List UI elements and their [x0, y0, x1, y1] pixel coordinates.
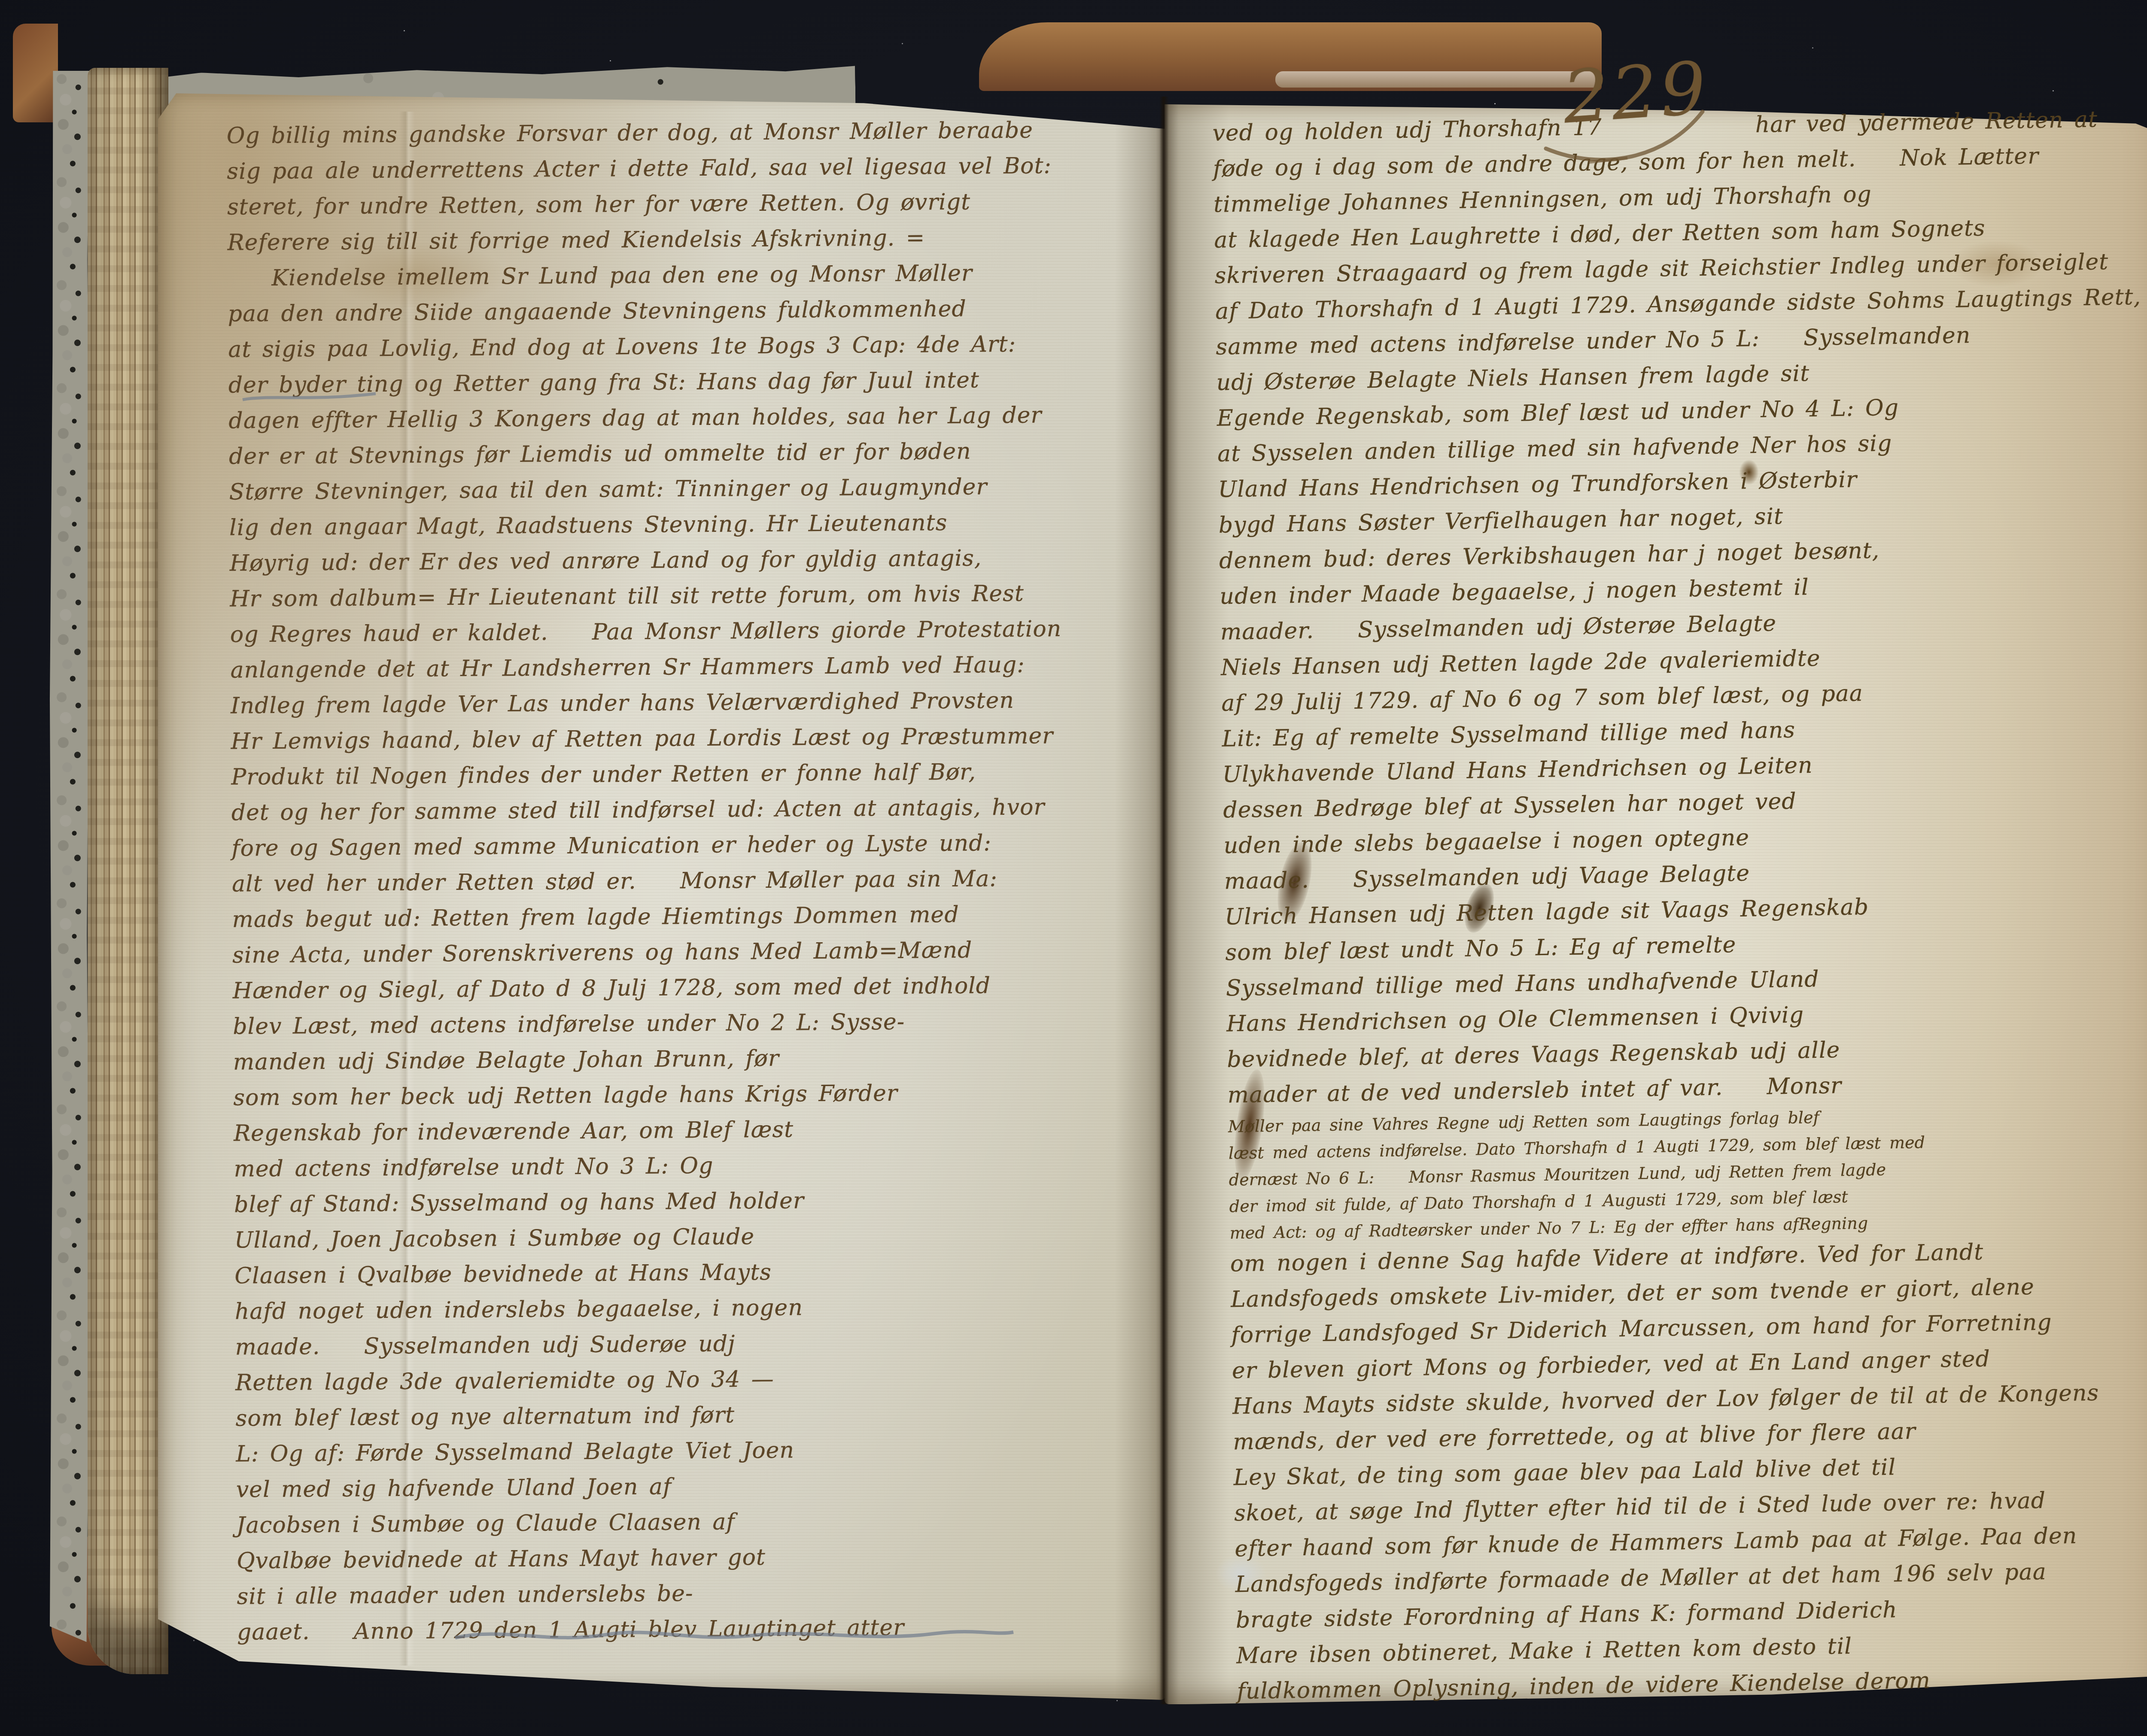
manuscript-line: Indleg frem lagde Ver Las under hans Vel… — [231, 682, 1163, 724]
manuscript-line: og Regres haud er kaldet. Paa Monsr Møll… — [230, 610, 1162, 653]
manuscript-line: Hænder og Siegl, af Dato d 8 Julj 1728, … — [232, 967, 1165, 1009]
manuscript-line: at sigis paa Lovlig, End dog at Lovens 1… — [228, 325, 1160, 367]
manuscript-line: blef af Stand: Sysselmand og hans Med ho… — [234, 1181, 1166, 1223]
manuscript-line: Claasen i Qvalbøe bevidnede at Hans Mayt… — [234, 1252, 1167, 1294]
right-page-text: ved og holden udj Thorshafn 17 har ved y… — [1212, 101, 2147, 1710]
manuscript-line: Qvalbøe bevidnede at Hans Mayt haver got — [237, 1537, 1169, 1579]
manuscript-photo: Og billig mins gandske Forsvar der dog, … — [0, 0, 2147, 1736]
manuscript-line: Kiendelse imellem Sr Lund paa den ene og… — [228, 254, 1160, 296]
manuscript-line: Og billig mins gandske Forsvar der dog, … — [227, 112, 1159, 154]
page-number-flourish-icon — [1537, 107, 1718, 176]
manuscript-line: Ulland, Joen Jacobsen i Sumbøe og Claude — [234, 1216, 1167, 1258]
manuscript-line: anlangende det at Hr Landsherren Sr Hamm… — [230, 646, 1162, 688]
manuscript-line: sine Acta, under Sorenskriverens og hans… — [232, 931, 1165, 973]
manuscript-line: mads begut ud: Retten frem lagde Hiemtin… — [232, 895, 1164, 938]
manuscript-line: det og her for samme sted till indførsel… — [231, 789, 1164, 831]
manuscript-line: sit i alle maader uden underslebs be- — [237, 1572, 1169, 1615]
manuscript-line: steret, for undre Retten, som her for væ… — [227, 183, 1159, 225]
pencil-underline-mark — [240, 388, 378, 406]
manuscript-line: lig den angaar Magt, Raadstuens Stevning… — [229, 504, 1162, 546]
spine-leather-top — [979, 22, 1602, 91]
manuscript-line: hafd noget uden inderslebs begaaelse, i … — [235, 1287, 1167, 1329]
page-block-fore-edge-left — [88, 68, 168, 1674]
manuscript-line: Større Stevninger, saa til den samt: Tin… — [229, 468, 1161, 510]
manuscript-line: Jacobsen i Sumbøe og Claude Claasen af — [236, 1501, 1168, 1543]
manuscript-line: L: Og af: Førde Sysselmand Belagte Viet … — [236, 1430, 1168, 1472]
manuscript-line: fore og Sagen med samme Munication er he… — [231, 824, 1164, 866]
pencil-underline-wavy — [451, 1618, 1018, 1648]
leather-cover-corner-top-left — [13, 24, 58, 122]
manuscript-line: som som her beck udj Retten lagde hans K… — [233, 1074, 1165, 1116]
manuscript-line: vel med sig hafvende Uland Joen af — [236, 1466, 1168, 1508]
manuscript-line: Regenskab for indeværende Aar, om Blef l… — [234, 1109, 1166, 1151]
manuscript-line: Referere sig till sit forrige med Kiende… — [227, 219, 1159, 261]
marbled-cover-edge-left — [50, 71, 89, 1642]
manuscript-line: med actens indførelse undt No 3 L: Og — [234, 1145, 1166, 1187]
left-page-text: Og billig mins gandske Forsvar der dog, … — [227, 112, 1169, 1650]
manuscript-line: paa den andre Siide angaaende Stevningen… — [228, 290, 1160, 332]
manuscript-line: der er at Stevnings før Liemdis ud ommel… — [229, 432, 1161, 474]
manuscript-line: sig paa ale underrettens Acter i dette F… — [227, 147, 1159, 189]
manuscript-line: Produkt til Nogen findes der under Rette… — [231, 753, 1163, 795]
manuscript-line: Retten lagde 3de qvaleriemidte og No 34 … — [235, 1359, 1168, 1401]
manuscript-line: manden udj Sindøe Belagte Johan Brunn, f… — [233, 1038, 1165, 1080]
manuscript-line: Hr Lemvigs haand, blev af Retten paa Lor… — [231, 717, 1163, 759]
manuscript-line: Hr som dalbum= Hr Lieutenant till sit re… — [230, 575, 1162, 617]
manuscript-line: alt ved her under Retten stød er. Monsr … — [232, 860, 1164, 902]
manuscript-line: Høyrig ud: der Er des ved anrøre Land og… — [230, 539, 1162, 581]
manuscript-line: maade. Sysselmanden udj Suderøe udj — [235, 1323, 1167, 1365]
manuscript-line: som blef læst og nye alternatum ind ført — [235, 1394, 1168, 1436]
manuscript-line: blev Læst, med actens indførelse under N… — [233, 1002, 1165, 1044]
